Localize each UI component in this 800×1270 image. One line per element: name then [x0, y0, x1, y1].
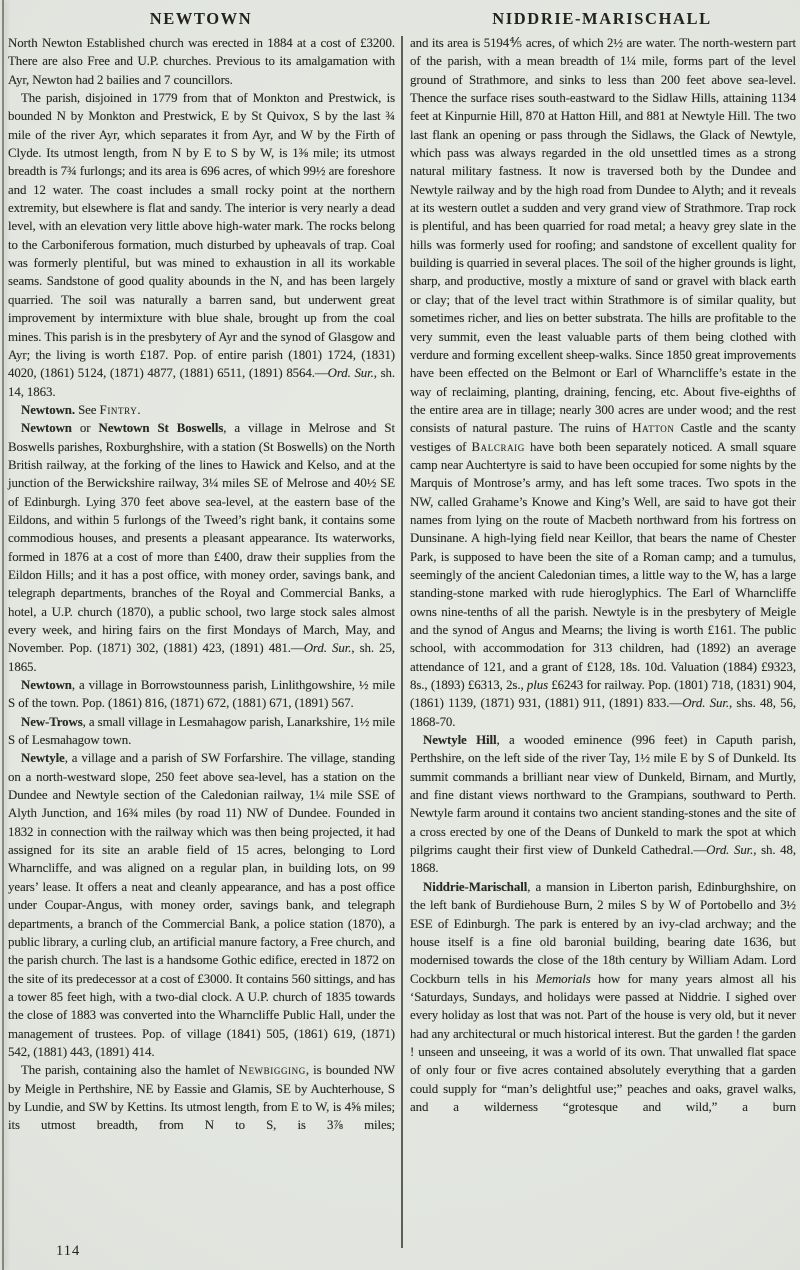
- text-segment: .: [137, 403, 140, 417]
- text-segment: The parish, disjoined in 1779 from that …: [8, 91, 395, 380]
- text-segment: Balcraig: [471, 440, 524, 454]
- paragraph: North Newton Established church was erec…: [8, 34, 395, 89]
- text-segment: Ord. Sur.: [706, 843, 753, 857]
- text-segment: Memorials: [536, 972, 591, 986]
- paragraph: Niddrie-Marischall, a mansion in Liberto…: [410, 878, 796, 1116]
- page-edge-shadow: [2, 0, 4, 1270]
- text-segment: Ord. Sur.: [682, 696, 729, 710]
- scanned-gazetteer-page: { "page": { "running_head_left": "NEWTOW…: [0, 0, 800, 1270]
- text-segment: plus: [527, 678, 548, 692]
- paragraph: Newtyle Hill, a wooded eminence (996 fee…: [410, 731, 796, 878]
- text-segment: Newtown: [21, 678, 72, 692]
- text-segment: or: [72, 421, 99, 435]
- text-segment: how for many years almost all his ‘Satur…: [410, 972, 796, 1114]
- text-segment: Hatton: [632, 421, 674, 435]
- column-left: North Newton Established church was erec…: [8, 34, 395, 1135]
- text-segment: Newtyle Hill: [423, 733, 496, 747]
- paragraph: The parish, disjoined in 1779 from that …: [8, 89, 395, 401]
- text-segment: New-Trows: [21, 715, 83, 729]
- text-segment: , a village in Melrose and St Boswells p…: [8, 421, 395, 655]
- paragraph: Newtown or Newtown St Boswells, a villag…: [8, 419, 395, 676]
- page: NEWTOWN NIDDRIE-MARISCHALL North Newton …: [0, 0, 800, 1270]
- paragraph: The parish, containing also the hamlet o…: [8, 1061, 395, 1134]
- column-right: and its area is 5194⅘ acres, of which 2½…: [410, 34, 796, 1116]
- text-segment: See: [75, 403, 100, 417]
- text-segment: , a wooded eminence (996 feet) in Caputh…: [410, 733, 796, 857]
- text-segment: and its area is 5194⅘ acres, of which 2½…: [410, 36, 796, 435]
- text-segment: Ord. Sur.: [304, 641, 352, 655]
- text-segment: Newtown: [21, 421, 72, 435]
- text-segment: , a mansion in Liberton parish, Edinburg…: [410, 880, 796, 986]
- paragraph: Newtyle, a village and a parish of SW Fo…: [8, 749, 395, 1061]
- paragraph: and its area is 5194⅘ acres, of which 2½…: [410, 34, 796, 731]
- text-segment: Newtown St Boswells: [99, 421, 224, 435]
- paragraph: New-Trows, a small village in Lesmahagow…: [8, 713, 395, 750]
- column-divider-rule: [401, 36, 403, 1248]
- text-segment: Newbigging: [239, 1063, 306, 1077]
- text-segment: Newtown.: [21, 403, 75, 417]
- page-number: 114: [56, 1243, 80, 1260]
- text-segment: , a village and a parish of SW Forfarshi…: [8, 751, 395, 1059]
- text-segment: North Newton Established church was erec…: [8, 36, 395, 87]
- text-segment: Ord. Sur.: [328, 366, 374, 380]
- text-segment: Niddrie-Marischall: [423, 880, 527, 894]
- text-segment: The parish, containing also the hamlet o…: [21, 1063, 239, 1077]
- paragraph: Newtown. See Fintry.: [8, 401, 395, 419]
- running-head-right: NIDDRIE-MARISCHALL: [408, 9, 796, 29]
- text-segment: have both been separately noticed. A sma…: [410, 440, 796, 692]
- text-segment: Fintry: [100, 403, 138, 417]
- running-head-left: NEWTOWN: [8, 9, 394, 29]
- text-segment: Newtyle: [21, 751, 65, 765]
- paragraph: Newtown, a village in Borrowstounness pa…: [8, 676, 395, 713]
